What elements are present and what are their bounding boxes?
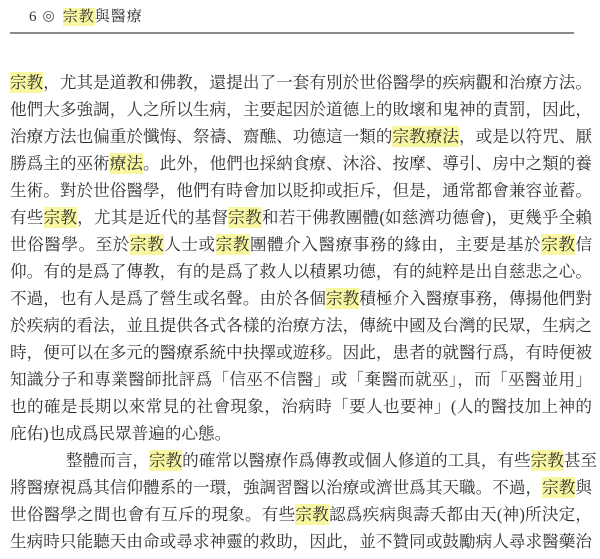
text-run: 也的確是長期以來常見的社會現象，治病時「要人也要神」(人的醫技加上神的 <box>10 397 592 416</box>
highlighted-term: 宗教 <box>228 207 262 228</box>
text-line: 他們大多強調，人之所以生病，主要起因於道德上的敗壞和鬼神的責罰，因此， <box>10 96 592 123</box>
text-line: 庇佑)也成爲民眾普遍的心態。 <box>10 420 592 447</box>
highlighted-term: 宗教 <box>149 450 182 471</box>
highlighted-term: 宗教 <box>326 288 359 309</box>
running-head: 6 ◎ 宗教與醫療 <box>29 7 143 27</box>
highlighted-term: 療法 <box>110 153 143 174</box>
highlighted-term: 宗教 <box>63 8 95 26</box>
text-line: 整體而言，宗教的確常以醫療作爲傳教或個人修道的工具，有些宗教甚至 <box>10 447 592 474</box>
text-line: 宗教，尤其是道教和佛教，還提出了一套有別於世俗醫學的疾病觀和治療方法。 <box>10 69 592 96</box>
text-line: 有些宗教，尤其是近代的基督宗教和若干佛教團體(如慈濟功德會)，更幾乎全賴 <box>10 204 592 231</box>
text-run: 信 <box>575 235 592 254</box>
text-line: 勝爲主的巫術療法。此外，他們也採納食療、沐浴、按摩、導引、房中之類的養 <box>10 150 592 177</box>
text-run: 庇佑)也成爲民眾普遍的心態。 <box>10 424 231 443</box>
page-number: 6 <box>29 7 37 27</box>
text-run: 世俗醫學。至於 <box>10 235 130 254</box>
highlighted-term: 宗教 <box>130 234 164 255</box>
chapter-marker-icon: ◎ <box>43 7 56 27</box>
highlighted-term: 宗教 <box>216 234 250 255</box>
text-run: 和若干佛教團體(如慈濟功德會)，更幾乎全賴 <box>262 208 592 227</box>
highlighted-term: 宗教 <box>531 450 564 471</box>
text-run: ，尤其是近代的基督 <box>77 208 228 227</box>
text-line: 世俗醫學之間也會有互斥的現象。有些宗教認爲疾病與壽夭都由天(神)所決定， <box>10 501 592 528</box>
text-run: 仰。有的是爲了傳教，有的是爲了救人以積累功德，有的純粹是出自慈悲之心。 <box>10 262 592 281</box>
book-page: 6 ◎ 宗教與醫療 宗教，尤其是道教和佛教，還提出了一套有別於世俗醫學的疾病觀和… <box>0 0 600 559</box>
text-line: 世俗醫學。至於宗教人士或宗教團體介入醫療事務的緣由，主要是基於宗教信 <box>10 231 592 258</box>
text-line: 生病時只能聽天由命或尋求神靈的救助，因此，並不贊同或鼓勵病人尋求醫藥治 <box>10 528 592 555</box>
text-run: 不過，也有人是爲了營生或名聲。由於各個 <box>10 289 326 308</box>
text-run: 治療方法也偏重於懺悔、祭禱、齋醮、功德這一類的 <box>10 127 392 146</box>
text-run: 與 <box>575 478 592 497</box>
text-line: 治療方法也偏重於懺悔、祭禱、齋醮、功德這一類的宗教療法，或是以符咒、厭 <box>10 123 592 150</box>
text-line: 知識分子和專業醫師批評爲「信巫不信醫」或「棄醫而就巫」，而「巫醫並用」 <box>10 366 592 393</box>
text-run: 時，便可以在多元的醫療系統中抉擇或遊移。因此，患者的就醫行爲，有時便被 <box>10 343 592 362</box>
highlighted-term: 宗教 <box>295 504 329 525</box>
header-divider <box>10 32 574 34</box>
text-line: 不過，也有人是爲了營生或名聲。由於各個宗教積極介入醫療事務，傳揚他們對 <box>10 285 592 312</box>
text-run: 整體而言， <box>66 451 149 470</box>
highlighted-term: 宗教 <box>542 477 575 498</box>
highlighted-term: 宗教 <box>10 72 43 93</box>
text-run: 積極介入醫療事務，傳揚他們對 <box>359 289 592 308</box>
text-run: 勝爲主的巫術 <box>10 154 110 173</box>
text-run: 世俗醫學之間也會有互斥的現象。有些 <box>10 505 295 524</box>
text-run: 於疾病的看法，並且提供各式各樣的治療方法，傳統中國及台灣的民眾，生病之 <box>10 316 592 335</box>
highlighted-term: 宗教 <box>541 234 575 255</box>
text-line: 於疾病的看法，並且提供各式各樣的治療方法，傳統中國及台灣的民眾，生病之 <box>10 312 592 339</box>
text-run: 團體介入醫療事務的緣由，主要是基於 <box>250 235 541 254</box>
text-run: 將醫療視爲其信仰體系的一環，強調習醫以治療或濟世爲其天職。不過， <box>10 478 542 497</box>
text-run: 認爲疾病與壽夭都由天(神)所決定， <box>329 505 592 524</box>
text-run: 。此外，他們也採納食療、沐浴、按摩、導引、房中之類的養 <box>143 154 592 173</box>
text-run: 甚至 <box>564 451 597 470</box>
text-run: 他們大多強調，人之所以生病，主要起因於道德上的敗壞和鬼神的責罰，因此， <box>10 100 592 119</box>
text-run: 的確常以醫療作爲傳教或個人修道的工具，有些 <box>182 451 530 470</box>
text-run: 知識分子和專業醫師批評爲「信巫不信醫」或「棄醫而就巫」，而「巫醫並用」 <box>10 370 592 389</box>
text-run: 與醫療 <box>95 9 143 25</box>
text-run: 生病時只能聽天由命或尋求神靈的救助，因此，並不贊同或鼓勵病人尋求醫藥治 <box>10 532 592 551</box>
text-line: 時，便可以在多元的醫療系統中抉擇或遊移。因此，患者的就醫行爲，有時便被 <box>10 339 592 366</box>
text-line: 將醫療視爲其信仰體系的一環，強調習醫以治療或濟世爲其天職。不過，宗教與 <box>10 474 592 501</box>
text-run: 人士或 <box>164 235 215 254</box>
body-text: 宗教，尤其是道教和佛教，還提出了一套有別於世俗醫學的疾病觀和治療方法。他們大多強… <box>10 69 592 555</box>
highlighted-term: 宗教療法 <box>392 126 459 147</box>
text-run: 生術。對於世俗醫學，他們有時會加以貶抑或拒斥，但是，通常都會兼容並蓄。 <box>10 181 592 200</box>
text-run: 有些 <box>10 208 44 227</box>
text-line: 仰。有的是爲了傳教，有的是爲了救人以積累功德，有的純粹是出自慈悲之心。 <box>10 258 592 285</box>
chapter-title: 宗教與醫療 <box>63 7 143 27</box>
highlighted-term: 宗教 <box>44 207 78 228</box>
text-line: 也的確是長期以來常見的社會現象，治病時「要人也要神」(人的醫技加上神的 <box>10 393 592 420</box>
text-run: ，或是以符咒、厭 <box>459 127 592 146</box>
text-run: ，尤其是道教和佛教，還提出了一套有別於世俗醫學的疾病觀和治療方法。 <box>43 73 592 92</box>
text-line: 生術。對於世俗醫學，他們有時會加以貶抑或拒斥，但是，通常都會兼容並蓄。 <box>10 177 592 204</box>
